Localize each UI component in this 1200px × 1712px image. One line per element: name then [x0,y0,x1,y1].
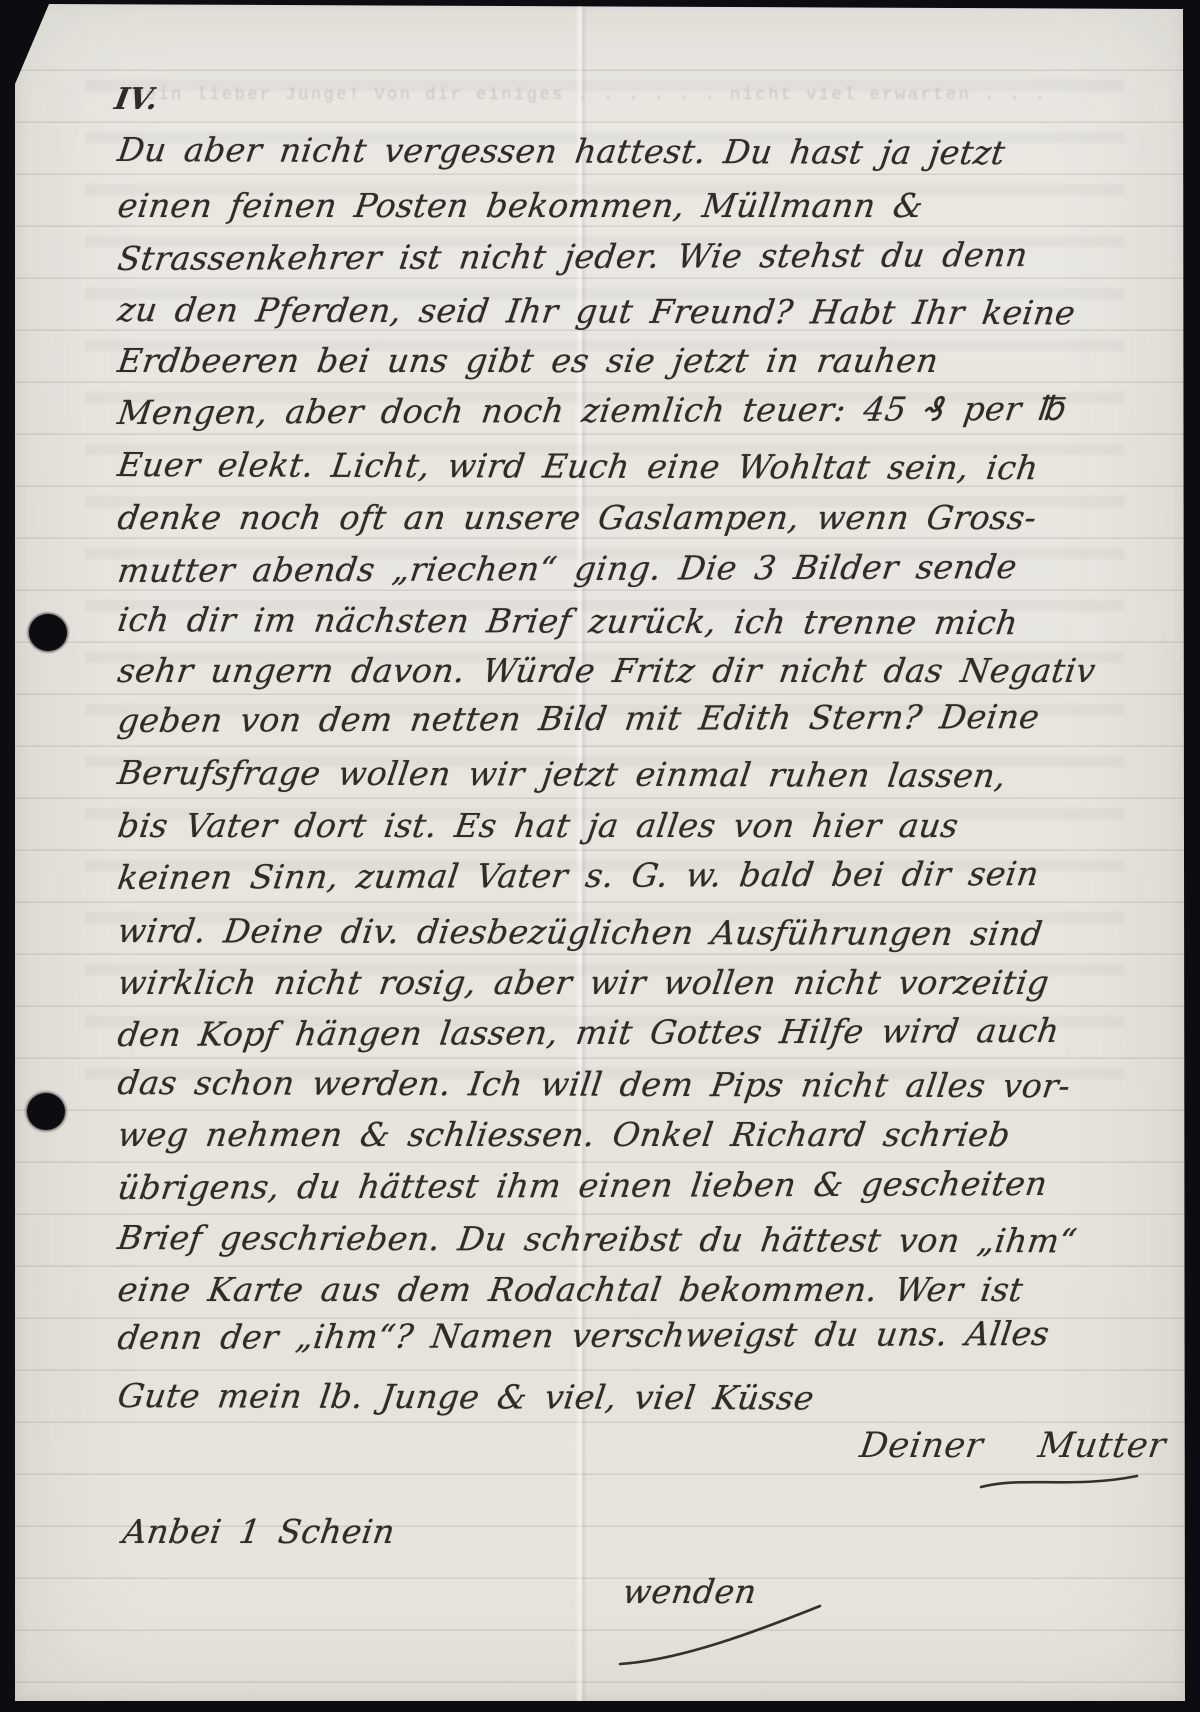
page-number-marker: IV. [112,82,161,117]
handwritten-line: bis Vater dort ist. Es hat ja alles von … [115,804,961,848]
postscript-note: Anbei 1 Schein [120,1510,398,1554]
handwritten-line: Euer elekt. Licht, wird Euch eine Wohlta… [115,443,1041,490]
handwritten-line: Gute mein lb. Junge & viel, viel Küsse [115,1374,817,1420]
handwritten-line: den Kopf hängen lassen, mit Gottes Hilfe… [115,1009,1062,1057]
handwritten-line: Brief geschrieben. Du schreibst du hätte… [115,1216,1080,1263]
handwritten-line: einen feinen Posten bekommen, Müllmann & [115,184,926,228]
handwritten-line: Du aber nicht vergessen hattest. Du hast… [115,128,1008,175]
handwritten-line: weg nehmen & schliessen. Onkel Richard s… [115,1113,1013,1157]
handwritten-line: Erdbeeren bei uns gibt es sie jetzt in r… [115,339,941,383]
handwritten-line: eine Karte aus dem Rodachtal bekommen. W… [115,1268,1026,1312]
turn-note: wenden [620,1570,760,1614]
handwritten-line: denn der „ihm“? Namen verschweigst du un… [115,1312,1052,1360]
handwritten-line: sehr ungern davon. Würde Fritz dir nicht… [115,649,1098,693]
bleed-through-text: Mein lieber Junge! Von dir einiges . . .… [133,86,1143,105]
scan-backdrop: { "document": { "kind": "scanned handwri… [0,0,1200,1712]
letter-paper: Mein lieber Junge! Von dir einiges . . .… [15,0,1185,1701]
handwritten-line: übrigens, du hättest ihm einen lieben & … [115,1162,1050,1210]
handwritten-line: keinen Sinn, zumal Vater s. G. w. bald b… [115,852,1042,900]
hole-punch-bottom [27,1093,65,1130]
handwritten-line: Mengen, aber doch noch ziemlich teuer: 4… [115,387,1070,435]
signature: Deiner Mutter [857,1426,1168,1466]
handwritten-line: denke noch oft an unsere Gaslampen, wenn… [115,496,1039,540]
handwritten-line: ich dir im nächsten Brief zurück, ich tr… [115,598,1021,645]
handwritten-line: wird. Deine div. diesbezüglichen Ausführ… [115,909,1045,956]
handwritten-line: zu den Pferden, seid Ihr gut Freund? Hab… [115,288,1078,335]
handwritten-line: das schon werden. Ich will dem Pips nich… [115,1061,1073,1108]
handwritten-line: Berufsfrage wollen wir jetzt einmal ruhe… [115,751,1009,798]
handwritten-line: wirklich nicht rosig, aber wir wollen ni… [115,961,1052,1005]
handwritten-line: geben von dem netten Bild mit Edith Ster… [115,695,1042,743]
signature-flourish [977,1470,1142,1494]
handwritten-line: Strassenkehrer ist nicht jeder. Wie steh… [115,233,1031,281]
handwritten-line: mutter abends „riechen“ ging. Die 3 Bild… [115,545,1020,593]
